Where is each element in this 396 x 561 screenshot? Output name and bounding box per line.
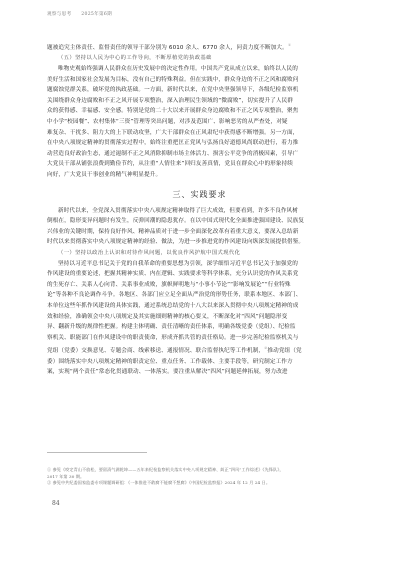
journal-name: 观察与思考 [47, 12, 71, 17]
footnotes: ① 参见《咬定青山不放松，要留清气满乾坤——五年来纪检监察机关落实中央八项规定精… [47, 467, 357, 487]
footnote-2: ② 参见中共纪委国家监委专项课题调研组：《一体推进不敢腐不能腐不想腐》《中国纪检… [47, 480, 357, 487]
paragraph: 唯物史观始终强调人民群众在历史发展中的决定性作用。中国共产党从成立以来，始终以人… [47, 64, 352, 181]
footnote-divider [47, 452, 147, 453]
paragraph: 新时代以来，全党深入贯彻落实中央八项规定精神取得了巨大成效，但要看到，许多不良作… [47, 206, 352, 248]
section-title: 三、实践要求 [47, 189, 352, 201]
issue-label: 2025年第6期 [81, 12, 112, 17]
paragraph-line: 题被追究主体责任、监督责任的领导干部分别为 6010 余人、6770 余人，问责… [47, 40, 352, 53]
paragraph: 坚持以习近平总书记关于党的自我革命的重要思想为引领，深学细悟习近平总书记关于加强… [47, 259, 352, 378]
subsection-heading-1: （一）坚持以政治上认识和对待作风问题，以优良作风护航中国式现代化 [47, 248, 352, 259]
running-header: 观察与思考 2025年第6期 [47, 11, 120, 17]
footnote-ref[interactable]: ① [288, 43, 291, 47]
body-text: 题被追究主体责任、监督责任的领导干部分别为 6010 余人、6770 余人，问责… [47, 40, 352, 378]
page-number: 84 [52, 500, 60, 507]
document-page: 观察与思考 2025年第6期 题被追究主体责任、监督责任的领导干部分别为 601… [0, 0, 396, 561]
subsection-heading-5: （五）坚持以人民为中心的工作导向，不断厚植党的执政基础 [47, 53, 352, 64]
